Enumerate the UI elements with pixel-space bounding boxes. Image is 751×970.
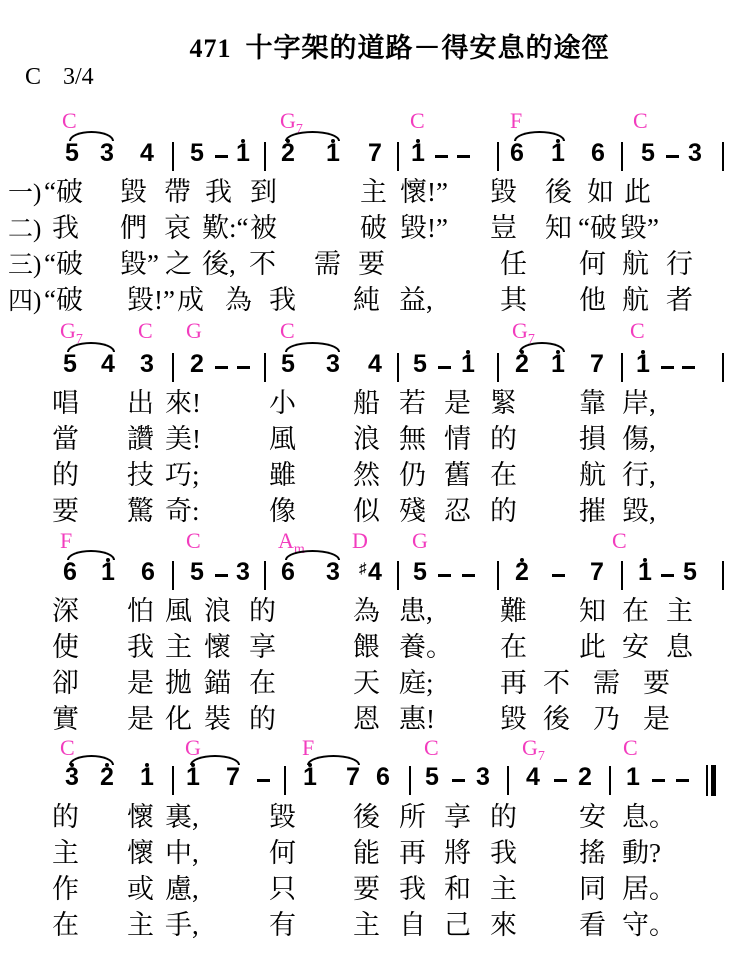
lyric-syllable: 手, <box>165 911 199 939</box>
octave-dot <box>70 763 74 767</box>
lyric-syllable: 或 <box>127 875 154 903</box>
lyric-syllable: 所 <box>399 803 426 831</box>
lyric-syllable: 享 <box>444 803 471 831</box>
chord-label: C <box>623 737 638 759</box>
note-digit: 1 <box>303 765 317 790</box>
lyric-syllable: 動? <box>622 839 661 867</box>
lyric-syllable: 慮, <box>165 875 199 903</box>
lyric-syllable: 主 <box>127 911 154 939</box>
note-digit: 6 <box>376 765 390 790</box>
lyric-row: 在主手,有主自己來看守。 <box>0 911 751 941</box>
note-digit: 2 <box>578 765 592 790</box>
lyric-syllable: 後 <box>353 803 380 831</box>
lyric-syllable: 來 <box>490 911 517 939</box>
note-digit: 3 <box>65 765 79 790</box>
lyric-syllable: 主 <box>353 911 380 939</box>
note-digit: 4 <box>526 765 540 790</box>
barline <box>409 766 411 795</box>
octave-dot <box>191 763 195 767</box>
lyric-syllable: 懷 <box>127 803 154 831</box>
lyric-syllable: 守。 <box>622 911 676 939</box>
final-barline-thin <box>706 765 708 796</box>
lyric-syllable: 的 <box>490 803 517 831</box>
final-barline-thick <box>711 765 716 796</box>
lyric-syllable: 主 <box>490 875 517 903</box>
duration-dash <box>452 779 465 782</box>
lyric-syllable: 裏, <box>165 803 199 831</box>
note-digit: 1 <box>626 765 640 790</box>
lyric-syllable: 只 <box>269 875 296 903</box>
chord-label: F <box>302 737 314 759</box>
chord-label: C <box>424 737 439 759</box>
lyric-syllable: 和 <box>444 875 471 903</box>
note-digit: 1 <box>186 765 200 790</box>
music-systems: CG7CFC53451217161653一)“破毀帶我到主懷!”毀後如此二)我們… <box>0 0 751 970</box>
lyric-syllable: 自 <box>399 911 426 939</box>
note-digit: 7 <box>226 765 240 790</box>
lyric-syllable: 中, <box>165 839 199 867</box>
lyric-syllable: 懷 <box>127 839 154 867</box>
lyric-syllable: 搖 <box>579 839 606 867</box>
duration-dash <box>676 779 689 782</box>
note-digit: 7 <box>346 765 360 790</box>
note-digit: 1 <box>140 765 154 790</box>
lyric-syllable: 我 <box>490 839 517 867</box>
octave-dot <box>145 763 149 767</box>
barline <box>507 766 509 795</box>
lyric-syllable: 主 <box>52 839 79 867</box>
lyric-syllable: 在 <box>52 911 79 939</box>
octave-dot <box>105 763 109 767</box>
lyric-syllable: 同 <box>579 875 606 903</box>
duration-dash <box>257 779 270 782</box>
chord-label: C <box>60 737 75 759</box>
lyric-syllable: 將 <box>444 839 471 867</box>
hymn-sheet-page: { "title": {"number": "471", "text": "十字… <box>0 0 751 970</box>
lyric-syllable: 安 <box>579 803 606 831</box>
barline <box>609 766 611 795</box>
chord-label: G7 <box>522 737 545 764</box>
barline <box>172 766 174 795</box>
lyric-syllable: 看 <box>579 911 606 939</box>
lyric-syllable: 有 <box>269 911 296 939</box>
lyric-syllable: 我 <box>399 875 426 903</box>
lyric-syllable: 何 <box>269 839 296 867</box>
duration-dash <box>652 779 665 782</box>
lyric-row: 作或慮,只要我和主同居。 <box>0 875 751 905</box>
duration-dash <box>554 779 567 782</box>
lyric-syllable: 作 <box>52 875 79 903</box>
octave-dot <box>308 763 312 767</box>
lyric-syllable: 再 <box>399 839 426 867</box>
note-digit: 2 <box>100 765 114 790</box>
lyric-syllable: 居。 <box>622 875 676 903</box>
lyric-syllable: 的 <box>52 803 79 831</box>
lyric-syllable: 毀 <box>269 803 296 831</box>
lyric-syllable: 己 <box>444 911 471 939</box>
music-system-4: CGFCG7C3211717653421的懷裏,毀後所享的安息。主懷中,何能再將… <box>0 0 751 970</box>
note-digit: 5 <box>425 765 439 790</box>
note-digit: 3 <box>476 765 490 790</box>
lyric-row: 主懷中,何能再將我搖動? <box>0 839 751 869</box>
chord-label: G <box>185 737 201 759</box>
lyric-syllable: 能 <box>353 839 380 867</box>
lyric-syllable: 息。 <box>622 803 676 831</box>
barline <box>284 766 286 795</box>
lyric-syllable: 要 <box>353 875 380 903</box>
chord-quality: 7 <box>538 749 545 764</box>
lyric-row: 的懷裏,毀後所享的安息。 <box>0 803 751 833</box>
